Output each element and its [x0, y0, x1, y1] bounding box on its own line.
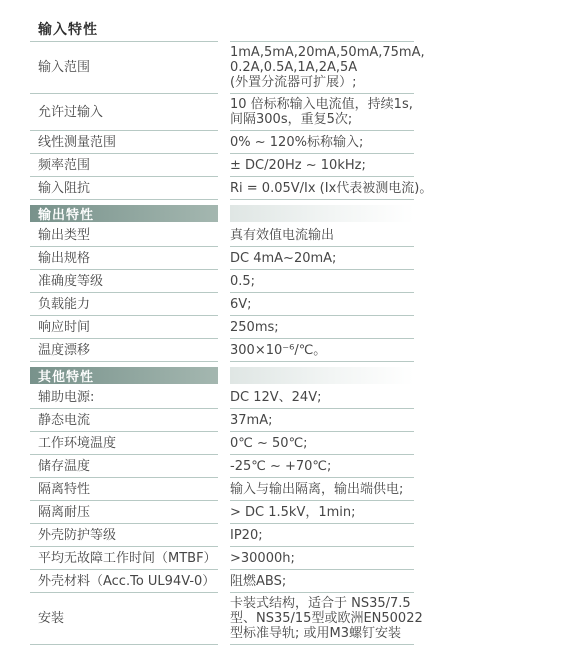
- spec-row-value: DC 4mA~20mA;: [230, 247, 414, 270]
- spec-row: 响应时间 250ms;: [30, 316, 563, 339]
- spec-row: 频率范围 ± DC/20Hz ~ 10kHz;: [30, 154, 563, 177]
- section-bar-text: 其他特性: [38, 366, 94, 385]
- spec-row-value-text: > DC 1.5kV，1min;: [230, 505, 356, 520]
- spec-row-value: DC 12V、24V;: [230, 386, 414, 409]
- column-gap: [218, 316, 230, 339]
- spec-row-label: 外壳材料（Acc.To UL94V-0）: [30, 570, 218, 593]
- spec-row: 平均无故障工作时间（MTBF） >30000h;: [30, 547, 563, 570]
- spec-row: 隔离特性 输入与输出隔离，输出端供电;: [30, 478, 563, 501]
- spec-row-value-text: IP20;: [230, 528, 263, 543]
- spec-row-label: 储存温度: [30, 455, 218, 478]
- section-title-cell: 输入特性: [30, 10, 218, 42]
- spec-row-value-text: 阻燃ABS;: [230, 574, 286, 589]
- spec-row-value-text: 6V;: [230, 297, 252, 312]
- spec-row-value-text: 0℃ ~ 50℃;: [230, 436, 308, 451]
- spec-row-value-text: 输入与输出隔离，输出端供电;: [230, 482, 403, 497]
- spec-row-value: 0.5;: [230, 270, 414, 293]
- spec-row-value-text: -25℃ ~ +70℃;: [230, 459, 331, 474]
- column-gap: [218, 205, 230, 222]
- section-bar: 输出特性: [30, 205, 218, 222]
- spec-row-value: 1mA,5mA,20mA,50mA,75mA, 0.2A,0.5A,1A,2A,…: [230, 42, 414, 94]
- column-gap: [218, 339, 230, 362]
- spec-row-value-text: 0% ~ 120%标称输入;: [230, 135, 363, 150]
- spec-row-value-text: 300×10⁻⁶/℃。: [230, 343, 326, 358]
- spec-row-label: 温度漂移: [30, 339, 218, 362]
- spec-row-value: IP20;: [230, 524, 414, 547]
- spec-row: 输入阻抗 Ri = 0.05V/Ix (Ix代表被测电流)。: [30, 177, 563, 200]
- spec-row-label: 平均无故障工作时间（MTBF）: [30, 547, 218, 570]
- section-bar-row: 其他特性: [30, 367, 563, 384]
- column-gap: [218, 524, 230, 547]
- spec-row: 静态电流 37mA;: [30, 409, 563, 432]
- spec-row-value: ± DC/20Hz ~ 10kHz;: [230, 154, 414, 177]
- spec-row-value-text: 真有效值电流输出: [230, 228, 334, 243]
- column-gap: [218, 367, 230, 384]
- spec-row-value-text: ± DC/20Hz ~ 10kHz;: [230, 158, 366, 173]
- column-gap: [218, 10, 230, 42]
- spec-row-value-text: 10 倍标称输入电流值，持续1s, 间隔300s，重复5次;: [230, 97, 413, 127]
- section-title-row: 输入特性: [30, 10, 563, 42]
- column-gap: [218, 570, 230, 593]
- spec-row: 输出规格 DC 4mA~20mA;: [30, 247, 563, 270]
- spec-row-value: 300×10⁻⁶/℃。: [230, 339, 414, 362]
- spec-row-value: Ri = 0.05V/Ix (Ix代表被测电流)。: [230, 177, 414, 200]
- column-gap: [218, 177, 230, 200]
- column-gap: [218, 131, 230, 154]
- column-gap: [218, 593, 230, 645]
- column-gap: [218, 455, 230, 478]
- column-gap: [218, 94, 230, 131]
- column-gap: [218, 547, 230, 570]
- spec-row-value: >30000h;: [230, 547, 414, 570]
- spec-row: 安装 卡装式结构，适合于 NS35/7.5 型、NS35/15型或欧洲EN500…: [30, 593, 563, 645]
- spec-row-value: 250ms;: [230, 316, 414, 339]
- spec-row: 准确度等级 0.5;: [30, 270, 563, 293]
- spec-row-value: 0℃ ~ 50℃;: [230, 432, 414, 455]
- column-gap: [218, 409, 230, 432]
- spec-row: 输入范围 1mA,5mA,20mA,50mA,75mA, 0.2A,0.5A,1…: [30, 42, 563, 94]
- spec-row: 储存温度 -25℃ ~ +70℃;: [30, 455, 563, 478]
- spec-row: 线性测量范围 0% ~ 120%标称输入;: [30, 131, 563, 154]
- column-gap: [218, 42, 230, 94]
- section-bar-text: 输出特性: [38, 204, 94, 223]
- spec-row-value: 37mA;: [230, 409, 414, 432]
- column-gap: [218, 501, 230, 524]
- spec-row: 输出类型 真有效值电流输出: [30, 224, 563, 247]
- spec-table: 输入特性 输入范围 1mA,5mA,20mA,50mA,75mA, 0.2A,0…: [0, 0, 563, 645]
- spec-row-label: 隔离特性: [30, 478, 218, 501]
- section-bar: 其他特性: [30, 367, 218, 384]
- spec-row-label: 响应时间: [30, 316, 218, 339]
- spec-row-value: -25℃ ~ +70℃;: [230, 455, 414, 478]
- spec-row-label: 输出规格: [30, 247, 218, 270]
- spec-row-value-text: DC 12V、24V;: [230, 390, 321, 405]
- spec-sheet-page: 输入特性 输入范围 1mA,5mA,20mA,50mA,75mA, 0.2A,0…: [0, 0, 563, 655]
- section-title-text: 输入特性: [38, 23, 98, 38]
- spec-row-label: 输入阻抗: [30, 177, 218, 200]
- column-gap: [218, 432, 230, 455]
- spec-row-label: 静态电流: [30, 409, 218, 432]
- spec-row-label: 线性测量范围: [30, 131, 218, 154]
- spec-row-value: 0% ~ 120%标称输入;: [230, 131, 414, 154]
- spec-row: 允许过输入 10 倍标称输入电流值，持续1s, 间隔300s，重复5次;: [30, 94, 563, 131]
- spec-row-value: 真有效值电流输出: [230, 224, 414, 247]
- spec-row: 外壳防护等级 IP20;: [30, 524, 563, 547]
- spec-row: 隔离耐压 > DC 1.5kV，1min;: [30, 501, 563, 524]
- column-gap: [218, 224, 230, 247]
- section-bar-row: 输出特性: [30, 205, 563, 222]
- spec-row: 外壳材料（Acc.To UL94V-0） 阻燃ABS;: [30, 570, 563, 593]
- spec-row-label: 工作环境温度: [30, 432, 218, 455]
- spec-row-label: 外壳防护等级: [30, 524, 218, 547]
- section-title-spacer: [230, 10, 414, 42]
- column-gap: [218, 478, 230, 501]
- spec-row-value-text: 1mA,5mA,20mA,50mA,75mA, 0.2A,0.5A,1A,2A,…: [230, 45, 425, 90]
- spec-row-label: 准确度等级: [30, 270, 218, 293]
- column-gap: [218, 154, 230, 177]
- spec-row: 负载能力 6V;: [30, 293, 563, 316]
- spec-row: 工作环境温度 0℃ ~ 50℃;: [30, 432, 563, 455]
- spec-row-value: 阻燃ABS;: [230, 570, 414, 593]
- spec-row-value: 卡装式结构，适合于 NS35/7.5 型、NS35/15型或欧洲EN50022 …: [230, 593, 414, 645]
- spec-row-label: 频率范围: [30, 154, 218, 177]
- spec-row-value: 6V;: [230, 293, 414, 316]
- spec-row-label: 输出类型: [30, 224, 218, 247]
- spec-row-value-text: 卡装式结构，适合于 NS35/7.5 型、NS35/15型或欧洲EN50022 …: [230, 596, 423, 641]
- spec-row-value: > DC 1.5kV，1min;: [230, 501, 414, 524]
- spec-row-value-text: Ri = 0.05V/Ix (Ix代表被测电流)。: [230, 181, 432, 196]
- spec-row-value-text: DC 4mA~20mA;: [230, 251, 336, 266]
- column-gap: [218, 247, 230, 270]
- column-gap: [218, 386, 230, 409]
- spec-row-label: 输入范围: [30, 42, 218, 94]
- spec-row-label: 安装: [30, 593, 218, 645]
- spec-row-label: 隔离耐压: [30, 501, 218, 524]
- spec-row-label: 允许过输入: [30, 94, 218, 131]
- section-bar-companion: [230, 367, 414, 384]
- spec-row-value-text: 0.5;: [230, 274, 255, 289]
- column-gap: [218, 270, 230, 293]
- spec-row-value-text: 250ms;: [230, 320, 279, 335]
- spec-row-label: 辅助电源:: [30, 386, 218, 409]
- spec-row-label: 负载能力: [30, 293, 218, 316]
- spec-row-value: 10 倍标称输入电流值，持续1s, 间隔300s，重复5次;: [230, 94, 414, 131]
- section-bar-companion: [230, 205, 414, 222]
- column-gap: [218, 293, 230, 316]
- spec-row-value-text: 37mA;: [230, 413, 272, 428]
- spec-row: 辅助电源: DC 12V、24V;: [30, 386, 563, 409]
- spec-row: 温度漂移 300×10⁻⁶/℃。: [30, 339, 563, 362]
- spec-row-value: 输入与输出隔离，输出端供电;: [230, 478, 414, 501]
- spec-row-value-text: >30000h;: [230, 551, 295, 566]
